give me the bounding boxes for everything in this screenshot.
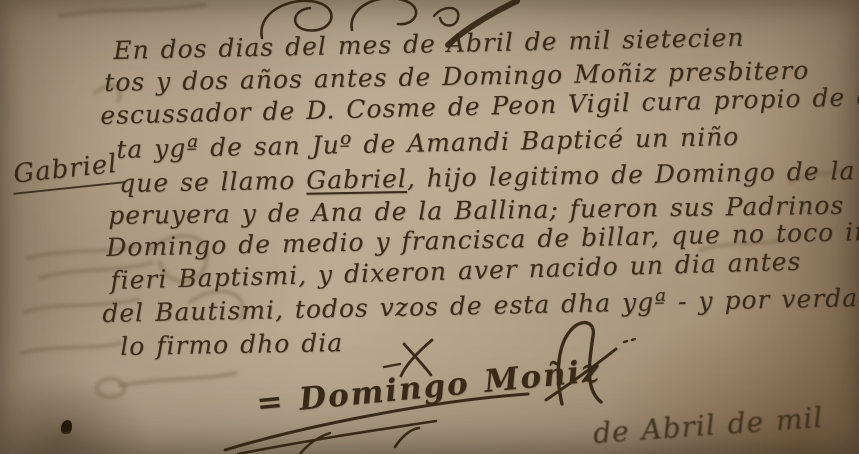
next-entry-fragment: de Abril de mil: [592, 401, 824, 450]
record-line-4: ta ygª de san Juº de Amandi Bapticé un n…: [116, 122, 740, 164]
record-line-10: lo firmo dho dia: [120, 328, 343, 361]
ink-blot: [59, 419, 73, 436]
child-name-underlined: Gabriel: [306, 164, 407, 195]
margin-note-child-name: Gabriel: [10, 148, 125, 195]
manuscript-photo: Gabriel En dos dias del mes de Abril de …: [0, 0, 859, 454]
record-line-5-post: , hijo legitimo de Domingo de la: [407, 156, 856, 193]
priest-signature: = Domingo Moñiz: [255, 353, 602, 422]
record-line-5-pre: que se llamo: [119, 166, 307, 198]
